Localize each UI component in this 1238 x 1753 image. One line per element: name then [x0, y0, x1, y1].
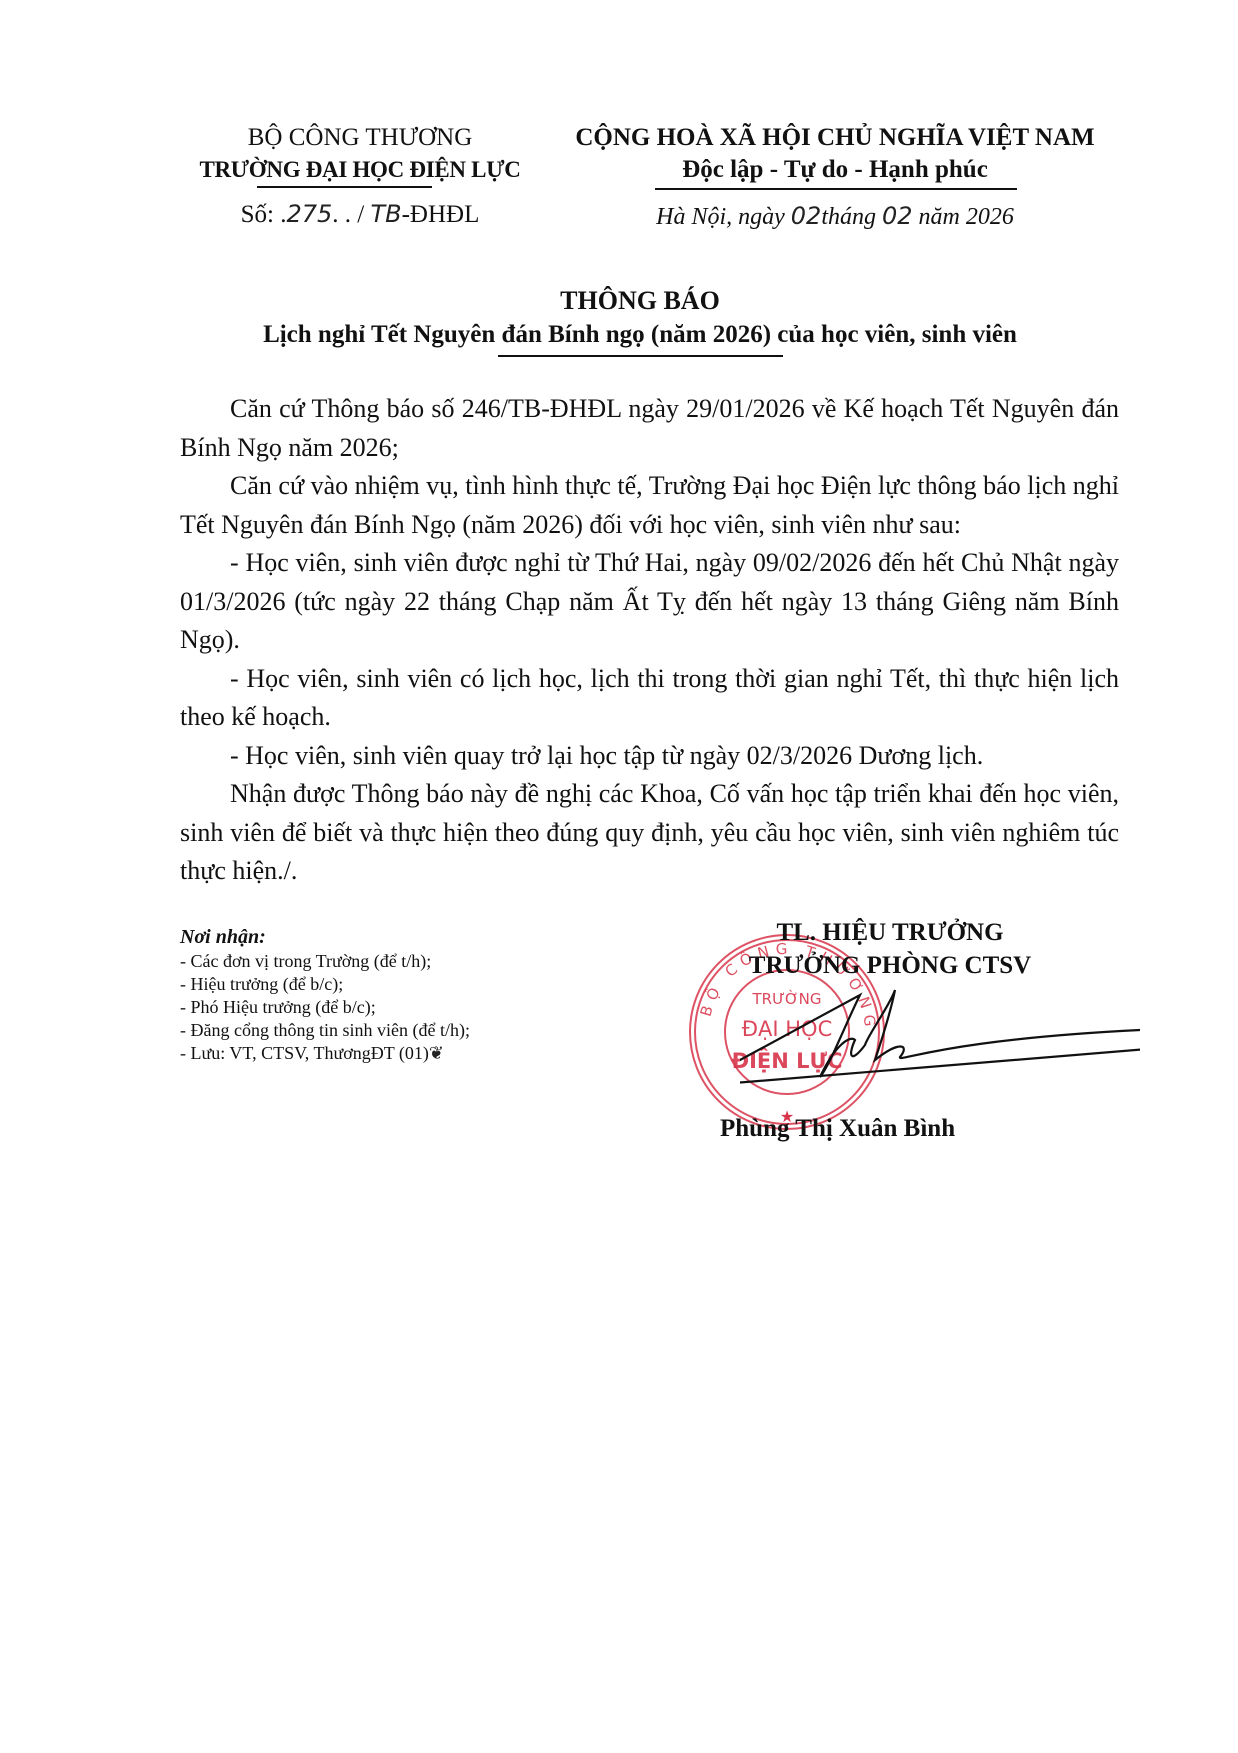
body-paragraph: - Học viên, sinh viên quay trở lại học t… — [180, 737, 1119, 776]
body-paragraph: - Học viên, sinh viên có lịch học, lịch … — [180, 660, 1119, 737]
recipient-item-text: - Lưu: VT, CTSV, ThươngĐT (01) — [180, 1043, 429, 1063]
recipient-item: - Đăng cổng thông tin sinh viên (để t/h)… — [180, 1019, 600, 1042]
recipient-item: - Các đơn vị trong Trường (để t/h); — [180, 950, 600, 973]
university-name: TRƯỜNG ĐẠI HỌC ĐIỆN LỰC — [170, 154, 550, 186]
date-month-handwritten: 02 — [882, 202, 913, 230]
university-underline — [257, 186, 432, 188]
body-paragraph: Căn cứ vào nhiệm vụ, tình hình thực tế, … — [180, 467, 1119, 544]
notice-body: Căn cứ Thông báo số 246/TB-ĐHĐL ngày 29/… — [180, 390, 1119, 891]
signature-authority-block: TL. HIỆU TRƯỞNG TRƯỞNG PHÒNG CTSV — [690, 916, 1090, 982]
doc-number-prefix: Số: . — [241, 201, 287, 228]
recipient-item: - Lưu: VT, CTSV, ThươngĐT (01)❦ — [180, 1042, 600, 1065]
initials-mark: ❦ — [429, 1043, 444, 1064]
signature-line2: TRƯỞNG PHÒNG CTSV — [690, 949, 1090, 982]
recipients-block: Nơi nhận: - Các đơn vị trong Trường (để … — [180, 924, 600, 1065]
motto-underline — [655, 188, 1017, 190]
recipient-item: - Phó Hiệu trưởng (để b/c); — [180, 996, 600, 1019]
doc-number-middle: . . / — [332, 201, 370, 228]
notice-subheading: Lịch nghỉ Tết Nguyên đán Bính ngọ (năm 2… — [180, 318, 1100, 352]
doc-number-handwritten: 275 — [286, 200, 332, 228]
signature-line1: TL. HIỆU TRƯỞNG — [690, 916, 1090, 949]
document-number: Số: .275. . / TB-ĐHĐL — [170, 198, 550, 231]
date-month-label: tháng — [821, 204, 882, 230]
doc-type-handwritten: TB — [370, 200, 401, 228]
date-day-handwritten: 02 — [791, 202, 822, 230]
issuing-authority-block: BỘ CÔNG THƯƠNG TRƯỜNG ĐẠI HỌC ĐIỆN LỰC S… — [170, 122, 550, 231]
signer-name: Phùng Thị Xuân Bình — [720, 1115, 955, 1143]
issue-date: Hà Nội, ngày 02tháng 02 năm 2026 — [565, 200, 1105, 233]
doc-number-suffix: -ĐHĐL — [402, 201, 480, 228]
handwritten-signature — [740, 985, 1140, 1115]
notice-title: THÔNG BÁO Lịch nghỉ Tết Nguyên đán Bính … — [180, 284, 1100, 352]
ministry-name: BỘ CÔNG THƯƠNG — [170, 122, 550, 154]
recipients-heading: Nơi nhận: — [180, 924, 600, 950]
national-motto: Độc lập - Tự do - Hạnh phúc — [565, 154, 1105, 186]
body-paragraph: Nhận được Thông báo này đề nghị các Khoa… — [180, 775, 1119, 891]
date-prefix: Hà Nội, ngày — [656, 204, 791, 230]
body-paragraph: Căn cứ Thông báo số 246/TB-ĐHĐL ngày 29/… — [180, 390, 1119, 467]
national-header-block: CỘNG HOÀ XÃ HỘI CHỦ NGHĨA VIỆT NAM Độc l… — [565, 122, 1105, 233]
body-paragraph: - Học viên, sinh viên được nghỉ từ Thứ H… — [180, 544, 1119, 660]
title-underline — [498, 355, 783, 357]
date-year-label: năm 2026 — [913, 204, 1014, 230]
country-name: CỘNG HOÀ XÃ HỘI CHỦ NGHĨA VIỆT NAM — [565, 122, 1105, 154]
notice-heading: THÔNG BÁO — [180, 284, 1100, 318]
recipient-item: - Hiệu trưởng (để b/c); — [180, 973, 600, 996]
